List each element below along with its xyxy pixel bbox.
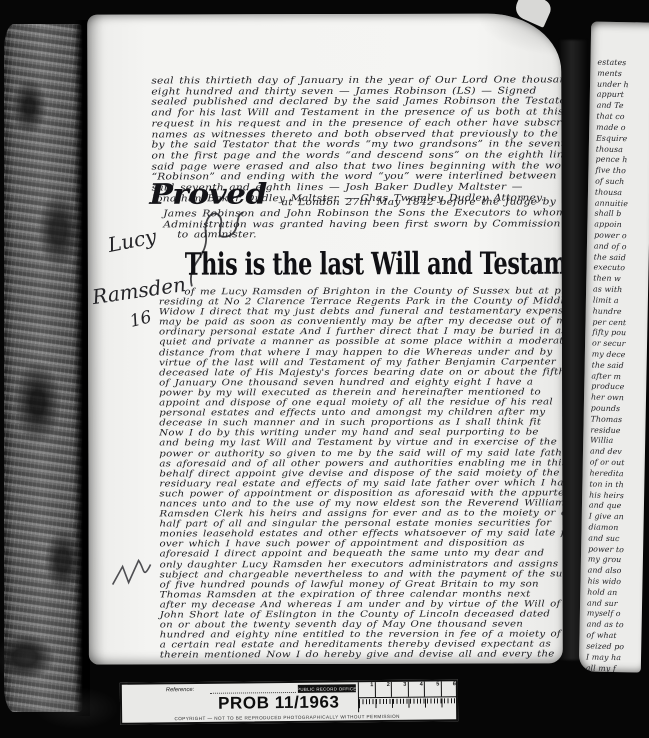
manuscript-line-fragment: of what [586, 631, 624, 643]
manuscript-line-fragment: the said [594, 252, 632, 264]
manuscript-line-fragment: seized po [586, 641, 624, 653]
manuscript-line-fragment: her own [591, 393, 629, 405]
pen-mark-icon [109, 554, 157, 594]
manuscript-line-fragment: ments [597, 68, 635, 80]
next-page-sliver: estatesmentsunder happurtand Tethat coma… [579, 21, 649, 672]
manuscript-line-fragment: and Te [597, 101, 635, 113]
manuscript-line-fragment: that co [596, 112, 634, 124]
ruler-inch-number: 1 [370, 682, 373, 688]
ruler-inch-scale: 1 2 3 4 5 6 [359, 681, 458, 698]
manuscript-line: power or authority so given to me by the… [159, 448, 563, 459]
manuscript-line-fragment: and as to [587, 620, 625, 632]
reference-label: Reference: [166, 687, 194, 693]
ruler-inch-cell: 3 [392, 682, 409, 697]
manuscript-line: as aforesaid and of all other powers and… [159, 458, 563, 469]
manuscript-line-fragment: Willia [590, 436, 628, 448]
manuscript-line-fragment: my dece [592, 349, 630, 361]
manuscript-line-fragment: power o [594, 231, 632, 243]
manuscript-line-fragment: thousa [596, 144, 634, 156]
manuscript-line-fragment: appurt [597, 90, 635, 102]
manuscript-line-fragment: Esquire [596, 133, 634, 145]
manuscript-line-fragment: diamon [588, 522, 626, 534]
manuscript-line-fragment: of or out [590, 458, 628, 470]
margin-folio-number: 16 [128, 307, 154, 332]
ruler-inch-number: 6 [453, 681, 456, 687]
ruler-inch-cell: 6 [441, 681, 458, 696]
ruler-inch-number: 5 [436, 681, 439, 687]
manuscript-line-fragment: as with [593, 285, 631, 297]
manuscript-line-fragment: and sur [587, 598, 625, 610]
manuscript-line-fragment: my grou [588, 555, 626, 567]
manuscript-line-fragment: hold an [587, 587, 625, 599]
manuscript-line-fragment: and suc [588, 533, 626, 545]
manuscript-line-fragment: his wido [587, 576, 625, 588]
manuscript-line-fragment: heredita [589, 468, 627, 480]
manuscript-page: seal this thirtieth day of January in th… [87, 13, 563, 664]
manuscript-line-fragment: produce [591, 382, 629, 394]
will-body: of me Lucy Ramsden of Brighton in the Co… [159, 286, 563, 661]
manuscript-line-fragment: ton in th [589, 479, 627, 491]
manuscript-line: quiet and private a manner as possible a… [159, 337, 563, 348]
manuscript-line-fragment: pounds [591, 404, 629, 416]
ruler-inch-number: 4 [420, 682, 423, 688]
ruler-inch-cell: 2 [375, 682, 392, 697]
next-page-text: estatesmentsunder happurtand Tethat coma… [586, 58, 636, 673]
manuscript-line-fragment: made o [596, 122, 634, 134]
manuscript-line-fragment: his heirs [589, 490, 627, 502]
manuscript-line-fragment: estates [597, 58, 635, 70]
proved-decorated-word: Proved [149, 190, 267, 202]
manuscript-line: virtue of the last will and Testament of… [159, 357, 563, 368]
manuscript-line-fragment: myself o [587, 609, 625, 621]
archival-scan: seal this thirtieth day of January in th… [0, 0, 649, 738]
manuscript-line: subject and chargeable nevertheless to a… [160, 569, 563, 580]
manuscript-line-fragment: I give an [589, 512, 627, 524]
margin-testator-first-name: Lucy [106, 224, 158, 257]
manuscript-line-fragment: power to [588, 544, 626, 556]
manuscript-line-fragment: of such [595, 177, 633, 189]
ruler: 1 2 3 4 5 6 [358, 681, 458, 712]
manuscript-line-fragment: pence h [595, 155, 633, 167]
manuscript-line-fragment: and que [589, 501, 627, 513]
manuscript-line-fragment: after m [591, 371, 629, 383]
manuscript-line-fragment: and also [588, 566, 626, 578]
manuscript-line: only daughter Lucy Ramsden her executors… [160, 559, 563, 570]
manuscript-line: therein mentioned Now I do hereby give a… [160, 650, 563, 661]
manuscript-line-fragment: shall b [594, 209, 632, 221]
ruler-inch-cell: 1 [359, 682, 376, 697]
manuscript-line-fragment: thousa [595, 187, 633, 199]
ruler-inch-cell: 5 [425, 681, 442, 696]
manuscript-line-fragment: I may ha [586, 652, 624, 664]
manuscript-line-fragment: the said [592, 360, 630, 372]
manuscript-line-fragment: executo [593, 263, 631, 275]
manuscript-line-fragment: appoin [594, 220, 632, 232]
manuscript-line-fragment: fifty pou [592, 328, 630, 340]
manuscript-line-fragment: residue [590, 425, 628, 437]
manuscript-line-fragment: hundre [593, 306, 631, 318]
copyright-notice: COPYRIGHT — NOT TO BE REPRODUCED PHOTOGR… [122, 713, 452, 721]
ruler-inch-number: 2 [387, 682, 390, 688]
manuscript-line: distance from that where I may happen to… [159, 347, 563, 358]
ruler-cm-scale [359, 697, 458, 712]
manuscript-line-fragment: five tho [595, 166, 633, 178]
manuscript-line-fragment: or secur [592, 339, 630, 351]
ruler-inch-number: 3 [403, 682, 406, 688]
manuscript-line: aforesaid I direct appoint and bequeath … [160, 549, 563, 560]
manuscript-line-fragment: under h [597, 79, 635, 91]
manuscript-line-fragment: per cent [592, 317, 630, 329]
manuscript-line-fragment: and of o [594, 241, 632, 253]
manuscript-line: and being my last Will and Testament by … [159, 438, 563, 449]
catalogue-reference: PROB 11/1963 [218, 692, 340, 713]
manuscript-line-fragment: then w [593, 274, 631, 286]
manuscript-line-fragment: limit a [593, 295, 631, 307]
manuscript-line-fragment: all my f [586, 663, 624, 673]
ruler-inch-cell: 4 [408, 682, 425, 697]
manuscript-line-fragment: and dev [590, 447, 628, 459]
reference-strip: Reference: PUBLIC RECORD OFFICE PROB 11/… [120, 679, 458, 725]
manuscript-line-fragment: annuitie [595, 198, 633, 210]
manuscript-line-fragment: Thomas [590, 414, 628, 426]
will-heading: This is the last Will and Testament [185, 246, 563, 282]
